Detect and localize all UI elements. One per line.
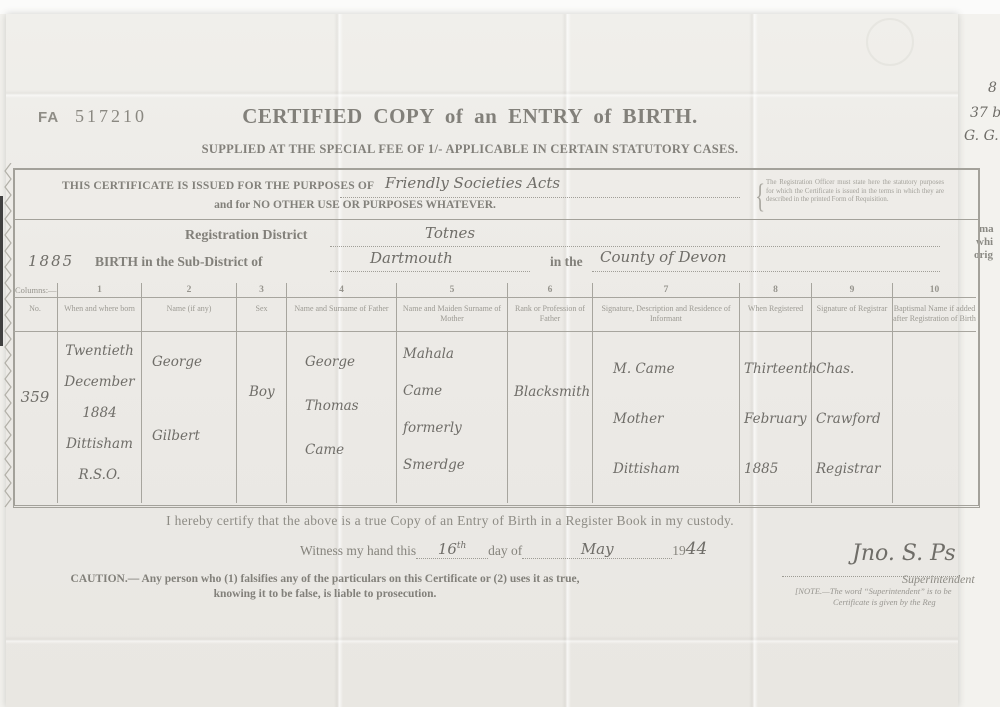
witness-label: Witness my hand this <box>300 543 416 559</box>
document-subtitle: SUPPLIED AT THE SPECIAL FEE OF 1/- APPLI… <box>110 142 830 157</box>
superintendent-note-line1: [NOTE.—The word “Superintendent” is to b… <box>795 586 951 597</box>
district-dotted-line <box>330 228 940 247</box>
margin-fragment-1: ma <box>979 223 994 235</box>
col-num-10: 10 <box>893 283 976 298</box>
superintendent-signature: Jno. S. Ps <box>852 541 956 566</box>
fold-crease <box>6 90 958 98</box>
superintendent-note: [NOTE.—The word “Superintendent” is to b… <box>795 586 951 607</box>
col-num-3: 3 <box>237 283 287 298</box>
header-father: Name and Surname of Father <box>287 298 397 332</box>
entry-sex: Boy <box>237 332 287 503</box>
caution-notice: CAUTION.— Any person who (1) falsifies a… <box>20 572 630 602</box>
purposes-statement-line1: THIS CERTIFICATE IS ISSUED FOR THE PURPO… <box>62 180 374 192</box>
header-no: No. <box>13 298 58 332</box>
col-num-4: 4 <box>287 283 397 298</box>
header-informant: Signature, Description and Residence of … <box>593 298 740 332</box>
col-num-1: 1 <box>58 283 142 298</box>
birth-subdistrict-label: BIRTH in the Sub-District of <box>95 254 263 270</box>
caution-line2: knowing it to be false, is liable to pro… <box>20 587 630 602</box>
witness-day-field: 16th <box>416 538 488 559</box>
embossed-seal-watermark <box>866 18 914 66</box>
purposes-statement-line2: and for NO OTHER USE OR PURPOSES WHATEVE… <box>130 199 580 211</box>
header-registrar: Signature of Registrar <box>812 298 893 332</box>
columns-caption: Columns:— <box>13 283 58 298</box>
county-handwritten-value: County of Devon <box>600 248 727 266</box>
entry-father: George Thomas Came <box>287 332 397 503</box>
col-num-6: 6 <box>508 283 593 298</box>
scan-background-strip <box>0 0 1000 14</box>
witness-year-value: 44 <box>686 539 708 559</box>
registration-district-label: Registration District <box>185 228 307 244</box>
year-prefix: 19 <box>672 543 686 559</box>
serial-number: 517210 <box>75 106 147 127</box>
col-num-2: 2 <box>142 283 237 298</box>
entry-when-where-born: Twentieth December 1884 Dittisham R.S.O. <box>58 332 142 503</box>
section-divider <box>13 219 980 220</box>
header-baptismal: Baptismal Name if added after Registrati… <box>893 298 976 332</box>
witness-month-value: May <box>581 540 614 558</box>
entry-baptismal-name <box>893 332 976 503</box>
margin-note-3: G. G. <box>964 128 999 144</box>
birth-entry-table: Columns:— 1 2 3 4 5 6 7 8 9 10 No. When … <box>13 283 978 503</box>
note-brace: { <box>755 178 765 216</box>
header-sex: Sex <box>237 298 287 332</box>
col-num-8: 8 <box>740 283 812 298</box>
header-rank: Rank or Profession of Father <box>508 298 593 332</box>
registration-officer-note: The Registration Officer must state here… <box>766 179 944 205</box>
day-of-label: day of <box>488 543 522 559</box>
entry-when-registered: Thirteenth February 1885 <box>740 332 812 503</box>
certification-statement: I hereby certify that the above is a tru… <box>60 513 840 529</box>
fold-crease <box>6 636 958 644</box>
witness-day-value: 16th <box>438 540 467 558</box>
superintendent-title: Superintendent <box>902 572 975 587</box>
margin-note-1: 8 <box>988 80 997 96</box>
entry-registrar: Chas. Crawford Registrar <box>812 332 893 503</box>
entry-mother: Mahala Came formerly Smerdge <box>397 332 508 503</box>
document-title: CERTIFIED COPY of an ENTRY of BIRTH. <box>180 104 760 129</box>
entry-informant: M. Came Mother Dittisham <box>593 332 740 503</box>
entry-rank: Blacksmith <box>508 332 593 503</box>
col-num-7: 7 <box>593 283 740 298</box>
col-num-5: 5 <box>397 283 508 298</box>
header-mother: Name and Maiden Surname of Mother <box>397 298 508 332</box>
header-when-registered: When Registered <box>740 298 812 332</box>
purposes-handwritten-value: Friendly Societies Acts <box>385 174 560 192</box>
caution-line1: CAUTION.— Any person who (1) falsifies a… <box>20 572 630 587</box>
subdistrict-handwritten-value: Dartmouth <box>370 249 453 267</box>
in-the-label: in the <box>550 254 583 270</box>
district-handwritten-value: Totnes <box>425 224 475 242</box>
entry-number: 359 <box>13 332 58 503</box>
margin-note-2: 37 b <box>970 105 1000 121</box>
witness-month-field: May <box>522 538 672 559</box>
col-num-9: 9 <box>812 283 893 298</box>
entry-name: George Gilbert <box>142 332 237 503</box>
deckled-edge <box>1 163 13 508</box>
birth-year: 1885 <box>28 252 74 270</box>
superintendent-note-line2: Certificate is given by the Reg <box>795 597 951 608</box>
witness-line: Witness my hand this 16th day of May 19 … <box>300 538 707 559</box>
header-when-where-born: When and where born <box>58 298 142 332</box>
form-code: FA <box>38 109 59 126</box>
header-name: Name (if any) <box>142 298 237 332</box>
